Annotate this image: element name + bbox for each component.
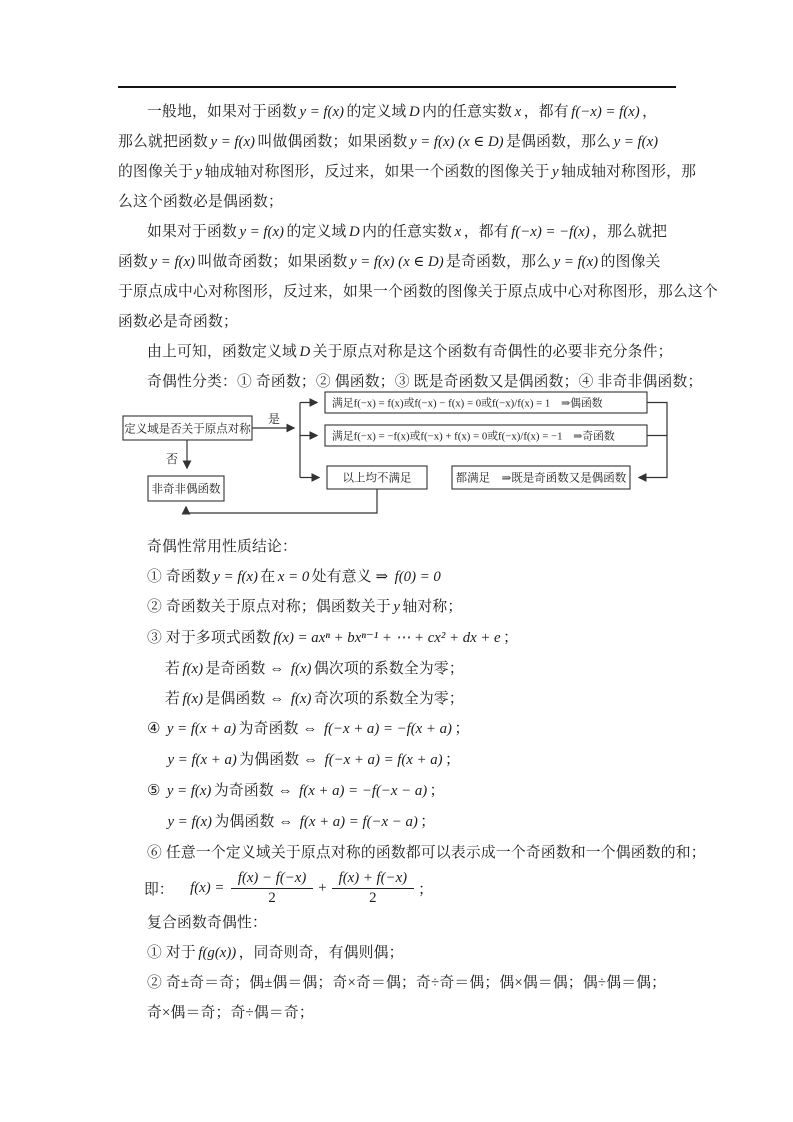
text-segment: 轴对称；	[402, 599, 462, 615]
plus-operator: +	[318, 880, 326, 897]
fraction-even-part: f(x) + f(−x) 2	[332, 869, 414, 907]
document-page: 一般地，如果对于函数y = f(x)的定义域D内的任意实数x，都有f(−x) =…	[0, 0, 793, 1122]
text-segment: ；	[445, 752, 460, 768]
math-segment: f(−x) = f(x)	[569, 104, 642, 120]
text-segment: 的图像关于	[118, 164, 193, 180]
text-segment: 是奇函数 ⇔	[206, 661, 289, 677]
text-segment: ③ 对于多项式函数	[147, 630, 271, 646]
text-line: 于原点成中心对称图形，反过来，如果一个函数的图像关于原点成中心对称图形，那么这个	[118, 277, 684, 307]
text-segment: ；	[503, 630, 518, 646]
none-rule-label: 以上均不满足	[343, 471, 412, 485]
text-segment: 轴成轴对称图形，反过来，如果一个函数的图像关于	[205, 164, 550, 180]
math-segment: f(x + a) = f(−x − a)	[297, 814, 420, 830]
both-rule-label: 都满足 ⇒既是奇函数又是偶函数	[456, 471, 627, 485]
math-segment: x	[512, 104, 524, 120]
math-segment: f(x) = axⁿ + bxⁿ⁻¹ + ⋯ + cx² + dx + e	[271, 630, 503, 646]
header-rule	[118, 86, 676, 88]
text-segment: ① 对于	[147, 945, 196, 961]
text-segment: ；	[420, 814, 435, 830]
text-segment: ，	[642, 104, 657, 120]
math-segment: y = f(x)	[237, 224, 287, 240]
fraction-denominator: 2	[231, 889, 313, 907]
odd-rule-label: 满足f(−x) = −f(x)或f(−x) + f(x) = 0或f(−x)/f…	[332, 429, 615, 443]
text-segment: 的图像关	[601, 254, 661, 270]
text-segment: ，都有	[464, 224, 509, 240]
math-segment: f(x)	[288, 661, 314, 677]
text-segment: 复合函数奇偶性：	[147, 915, 267, 931]
text-segment: ① 奇函数	[147, 569, 211, 585]
math-segment: D	[346, 224, 362, 240]
text-segment: ，那么就把	[592, 224, 667, 240]
text-segment: 奇次项的系数全为零；	[314, 691, 464, 707]
math-segment: y = f(x)	[211, 569, 261, 585]
text-line: 奇×偶＝奇；奇÷偶＝奇；	[118, 998, 684, 1028]
conclusions-section: 奇偶性常用性质结论： ① 奇函数y = f(x)在x = 0处有意义 ⇒ f(0…	[118, 532, 684, 1028]
math-segment: f(x + a) = −f(−x − a)	[297, 783, 430, 799]
text-line: 若f(x)是奇函数 ⇔ f(x)偶次项的系数全为零；	[118, 654, 684, 684]
text-segment: 于原点成中心对称图形，反过来，如果一个函数的图像关于原点成中心对称图形，那么这个	[118, 284, 718, 300]
math-segment: y = f(x)	[148, 254, 198, 270]
text-segment: 处有意义 ⇒	[312, 569, 392, 585]
text-segment: ⑥ 任意一个定义域关于原点对称的函数都可以表示成一个奇函数和一个偶函数的和；	[147, 845, 706, 861]
text-segment: 叫做偶函数；如果函数	[257, 134, 407, 150]
text-segment: 内的任意实数	[422, 104, 512, 120]
text-segment: 为偶函数 ⇔	[215, 814, 298, 830]
text-segment: ；	[430, 783, 445, 799]
text-line: ② 奇函数关于原点对称；偶函数关于y轴对称；	[118, 592, 684, 622]
no-label: 否	[166, 452, 178, 466]
text-line: 函数必是奇函数；	[118, 307, 684, 337]
math-segment: y	[193, 164, 205, 180]
math-segment: x	[452, 224, 464, 240]
text-line: y = f(x)为偶函数 ⇔ f(x + a) = f(−x − a)；	[118, 807, 684, 838]
fraction-numerator: f(x) − f(−x)	[231, 869, 313, 889]
math-segment: y = f(x) (x ∈ D)	[407, 134, 506, 150]
text-segment: 函数必是奇函数；	[118, 314, 238, 330]
even-odd-decomposition-formula: 即： f(x) = f(x) − f(−x) 2 + f(x) + f(−x) …	[118, 868, 684, 908]
text-segment: 的定义域	[346, 104, 406, 120]
text-segment: ；	[454, 721, 469, 737]
text-line: ⑥ 任意一个定义域关于原点对称的函数都可以表示成一个奇函数和一个偶函数的和；	[118, 838, 684, 868]
math-segment: y = f(x + a)	[164, 721, 238, 737]
text-segment: 为奇函数 ⇔	[214, 783, 297, 799]
math-segment: f(g(x))	[196, 945, 239, 961]
text-segment: 的定义域	[286, 224, 346, 240]
text-segment: ② 奇±奇＝奇；偶±偶＝偶；奇×奇＝偶；奇÷奇＝偶；偶×偶＝偶；偶÷偶＝偶；	[147, 975, 666, 991]
text-line: 如果对于函数y = f(x)的定义域D内的任意实数x，都有f(−x) = −f(…	[118, 217, 684, 247]
math-segment: f(−x + a) = f(x + a)	[322, 752, 445, 768]
parity-classification-flowchart: 定义域是否关于原点对称 满足f(−x) = f(x)或f(−x) − f(x) …	[100, 385, 700, 530]
text-line: 那么就把函数y = f(x)叫做偶函数；如果函数y = f(x) (x ∈ D)…	[118, 127, 684, 157]
math-segment: f(−x) = −f(x)	[509, 224, 592, 240]
text-line: 由上可知，函数定义域D关于原点对称是这个函数有奇偶性的必要非充分条件；	[118, 337, 684, 367]
text-line: ④ y = f(x + a)为奇函数 ⇔ f(−x + a) = −f(x + …	[118, 714, 684, 745]
text-segment: 轴成轴对称图形，那	[561, 164, 696, 180]
text-line: 若f(x)是偶函数 ⇔ f(x)奇次项的系数全为零；	[118, 684, 684, 714]
math-segment: y	[550, 164, 562, 180]
math-segment: y = f(x)	[164, 783, 214, 799]
math-segment: y = f(x) (x ∈ D)	[347, 254, 446, 270]
math-segment: y = f(x)	[551, 254, 601, 270]
math-segment: f(−x + a) = −f(x + a)	[321, 721, 454, 737]
text-segment: 么这个函数必是偶函数；	[118, 194, 283, 210]
text-line: y = f(x + a)为偶函数 ⇔ f(−x + a) = f(x + a)；	[118, 745, 684, 776]
text-segment: 是偶函数，那么	[506, 134, 611, 150]
text-line: 么这个函数必是偶函数；	[118, 187, 684, 217]
even-rule-label: 满足f(−x) = f(x)或f(−x) − f(x) = 0或f(−x)/f(…	[332, 396, 603, 410]
text-segment: ② 奇函数关于原点对称；偶函数关于	[147, 599, 391, 615]
fraction-numerator: f(x) + f(−x)	[332, 869, 414, 889]
text-segment: 若	[165, 661, 180, 677]
math-segment: y = f(x)	[297, 104, 347, 120]
text-segment: 叫做奇函数；如果函数	[198, 254, 348, 270]
start-box-label: 定义域是否关于原点对称	[124, 422, 251, 436]
math-segment: x = 0	[275, 569, 311, 585]
formula-lhs: f(x) =	[188, 880, 227, 897]
fraction-odd-part: f(x) − f(−x) 2	[231, 869, 313, 907]
text-line: ① 奇函数y = f(x)在x = 0处有意义 ⇒ f(0) = 0	[118, 562, 684, 592]
intro-section: 一般地，如果对于函数y = f(x)的定义域D内的任意实数x，都有f(−x) =…	[118, 97, 684, 397]
text-segment: 函数	[118, 254, 148, 270]
math-segment: f(x)	[180, 691, 206, 707]
text-line: ② 奇±奇＝奇；偶±偶＝偶；奇×奇＝偶；奇÷奇＝偶；偶×偶＝偶；偶÷偶＝偶；	[118, 968, 684, 998]
math-segment: y	[391, 599, 403, 615]
text-segment: 那么就把函数	[118, 134, 208, 150]
yes-label: 是	[268, 412, 280, 426]
text-segment: 偶次项的系数全为零；	[314, 661, 464, 677]
section-title: 奇偶性常用性质结论：	[118, 532, 684, 562]
math-segment: f(x)	[180, 661, 206, 677]
formula-lead: 即：	[144, 878, 174, 899]
math-segment: D	[406, 104, 422, 120]
text-segment: 是奇函数，那么	[446, 254, 551, 270]
text-segment: 若	[165, 691, 180, 707]
section-title: 复合函数奇偶性：	[118, 908, 684, 938]
text-segment: 为偶函数 ⇔	[239, 752, 322, 768]
text-segment: 奇偶性常用性质结论：	[147, 539, 297, 555]
text-line: ③ 对于多项式函数f(x) = axⁿ + bxⁿ⁻¹ + ⋯ + cx² + …	[118, 622, 684, 654]
fraction-denominator: 2	[332, 889, 414, 907]
text-line: 的图像关于y轴成轴对称图形，反过来，如果一个函数的图像关于y轴成轴对称图形，那	[118, 157, 684, 187]
math-segment: y = f(x + a)	[165, 752, 239, 768]
text-line: ⑤ y = f(x)为奇函数 ⇔ f(x + a) = −f(−x − a)；	[118, 776, 684, 807]
formula-tail: ；	[418, 878, 433, 899]
text-segment: 奇×偶＝奇；奇÷偶＝奇；	[147, 1005, 314, 1021]
math-segment: f(0) = 0	[392, 569, 443, 585]
text-segment: 内的任意实数	[362, 224, 452, 240]
math-segment: f(x)	[288, 691, 314, 707]
text-segment: 一般地，如果对于函数	[147, 104, 297, 120]
math-segment: y = f(x)	[165, 814, 215, 830]
text-segment: 是偶函数 ⇔	[206, 691, 289, 707]
math-segment: D	[297, 344, 313, 360]
text-line: 一般地，如果对于函数y = f(x)的定义域D内的任意实数x，都有f(−x) =…	[118, 97, 684, 127]
text-segment: ，同奇则奇，有偶则偶；	[239, 945, 404, 961]
text-segment: ④	[147, 721, 164, 737]
text-segment: 关于原点对称是这个函数有奇偶性的必要非充分条件；	[313, 344, 673, 360]
math-segment: y = f(x)	[208, 134, 258, 150]
text-segment: ，都有	[524, 104, 569, 120]
text-segment: 由上可知，函数定义域	[147, 344, 297, 360]
text-line: 函数y = f(x)叫做奇函数；如果函数y = f(x) (x ∈ D)是奇函数…	[118, 247, 684, 277]
text-line: ① 对于f(g(x))，同奇则奇，有偶则偶；	[118, 938, 684, 968]
neither-label: 非奇非偶函数	[152, 482, 221, 496]
text-segment: 在	[260, 569, 275, 585]
math-segment: y = f(x)	[611, 134, 661, 150]
text-segment: 如果对于函数	[147, 224, 237, 240]
text-segment: ⑤	[147, 783, 164, 799]
text-segment: 为奇函数 ⇔	[239, 721, 322, 737]
